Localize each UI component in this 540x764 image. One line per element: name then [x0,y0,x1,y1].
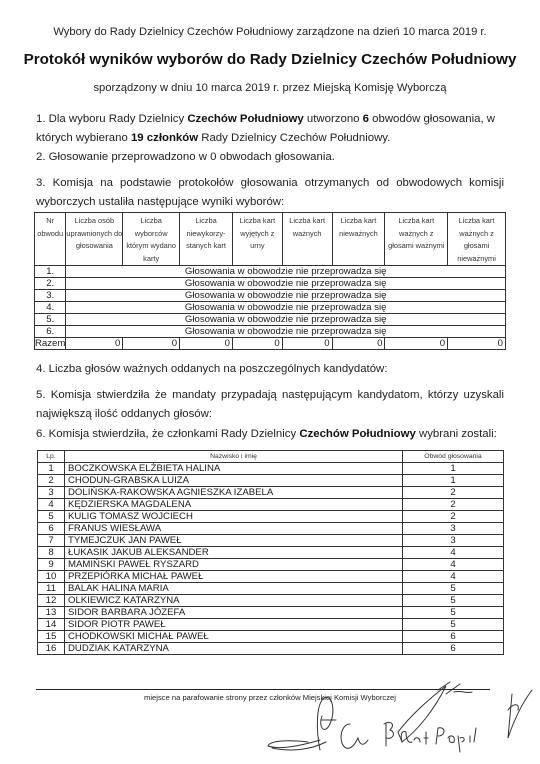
member-district: 5 [403,595,504,607]
member-row: 1BOCZKOWSKA ELŻBIETA HALINA1 [38,463,504,475]
member-district: 3 [403,523,504,535]
member-row: 13SIDOR BARBARA JÓZEFA5 [38,607,504,619]
member-row: 16DUDZIAK KATARZYNA6 [38,643,504,655]
member-district: 2 [403,499,504,511]
member-name: KĘDZIERSKA MAGDALENA [65,499,403,511]
member-district: 4 [403,559,504,571]
member-district: 3 [403,535,504,547]
no-voting-message: Głosowania w obowodzie nie przeprowadza … [66,302,506,314]
member-row: 4KĘDZIERSKA MAGDALENA2 [38,499,504,511]
member-number: 2 [38,475,65,487]
member-number: 10 [38,571,65,583]
member-number: 15 [38,631,65,643]
no-voting-message: Głosowania w obowodzie nie przeprowadza … [66,326,506,338]
section-5: 5. Komisja stwierdziła że mandaty przypa… [36,386,504,424]
member-row: 3DOLIŃSKA-RAKOWSKA AGNIESZKA IZABELA2 [38,487,504,499]
member-district: 6 [403,631,504,643]
total-value: 0 [332,338,385,350]
district-number: 4. [35,302,66,314]
member-number: 5 [38,511,65,523]
handwritten-signatures-icon [250,680,540,764]
member-district: 2 [403,487,504,499]
member-district: 5 [403,607,504,619]
member-number: 13 [38,607,65,619]
results-row: 1.Głosowania w obowodzie nie przeprowadz… [35,266,506,278]
results-row: 5.Głosowania w obowodzie nie przeprowadz… [35,314,506,326]
members-column-header: Nazwisko i imię [65,451,403,463]
member-name: FRANUS WIESŁAWA [65,523,403,535]
results-column-header: Liczba kart nieważnych [332,213,385,266]
results-column-header: Liczba osób uprawnionych do głosowania [66,213,123,266]
no-voting-message: Głosowania w obowodzie nie przeprowadza … [66,266,506,278]
election-header: Wybory do Rady Dzielnicy Czechów Południ… [0,26,540,38]
section-3: 3. Komisja na podstawie protokołów głoso… [36,174,504,212]
member-district: 5 [403,619,504,631]
member-name: DOLIŃSKA-RAKOWSKA AGNIESZKA IZABELA [65,487,403,499]
results-column-header: Nr obwodu [35,213,66,266]
member-name: CHODUN-GRABSKA LUIZA [65,475,403,487]
page-title: Protokół wyników wyborów do Rady Dzielni… [0,51,540,68]
total-value: 0 [123,338,180,350]
member-name: BALAK HALINA MARIA [65,583,403,595]
member-district: 6 [403,643,504,655]
total-label: Razem [35,338,66,350]
page-subtitle: sporządzony w dniu 10 marca 2019 r. prze… [0,82,540,94]
results-column-header: Liczba kart ważnych z głosami nieważnymi [448,213,506,266]
member-row: 10PRZEPIÓRKA MICHAŁ PAWEŁ4 [38,571,504,583]
section-6: 6. Komisja stwierdziła, że członkami Rad… [36,425,504,444]
members-table: Lp.Nazwisko i imięObwód głosowania 1BOCZ… [37,450,504,655]
member-name: MAMIŃSKI PAWEŁ RYSZARD [65,559,403,571]
total-value: 0 [448,338,506,350]
member-name: OLKIEWICZ KATARZYNA [65,595,403,607]
member-name: BOCZKOWSKA ELŻBIETA HALINA [65,463,403,475]
district-number: 6. [35,326,66,338]
members-column-header: Lp. [38,451,65,463]
member-number: 12 [38,595,65,607]
district-number: 3. [35,290,66,302]
district-number: 1. [35,266,66,278]
section-1: 1. Dla wyboru Rady Dzielnicy Czechów Poł… [36,110,504,148]
member-name: PRZEPIÓRKA MICHAŁ PAWEŁ [65,571,403,583]
member-district: 2 [403,511,504,523]
member-number: 8 [38,547,65,559]
no-voting-message: Głosowania w obowodzie nie przeprowadza … [66,314,506,326]
member-name: TYMEJCZUK JAN PAWEŁ [65,535,403,547]
total-value: 0 [282,338,332,350]
members-column-header: Obwód głosowania [403,451,504,463]
total-value: 0 [232,338,282,350]
member-district: 1 [403,463,504,475]
no-voting-message: Głosowania w obowodzie nie przeprowadza … [66,278,506,290]
member-district: 1 [403,475,504,487]
district-number: 5. [35,314,66,326]
member-district: 4 [403,547,504,559]
results-column-header: Liczba wyborców którym wydano karty [123,213,180,266]
member-number: 4 [38,499,65,511]
member-number: 14 [38,619,65,631]
district-number: 2. [35,278,66,290]
results-total-row: Razem00000000 [35,338,506,350]
no-voting-message: Głosowania w obowodzie nie przeprowadza … [66,290,506,302]
member-number: 16 [38,643,65,655]
member-name: CHODKOWSKI MICHAŁ PAWEŁ [65,631,403,643]
protocol-page: Wybory do Rady Dzielnicy Czechów Południ… [0,0,540,764]
members-table-header: Lp.Nazwisko i imięObwód głosowania [38,451,504,463]
member-district: 4 [403,571,504,583]
total-value: 0 [180,338,233,350]
results-row: 2.Głosowania w obowodzie nie przeprowadz… [35,278,506,290]
member-row: 5KULIG TOMASZ WOJCIECH2 [38,511,504,523]
member-name: ŁUKASIK JAKUB ALEKSANDER [65,547,403,559]
member-number: 7 [38,535,65,547]
results-column-header: Liczba kart wyjętych z urny [232,213,282,266]
member-row: 6FRANUS WIESŁAWA3 [38,523,504,535]
results-row: 4.Głosowania w obowodzie nie przeprowadz… [35,302,506,314]
total-value: 0 [385,338,448,350]
section-2: 2. Głosowanie przeprowadzono w 0 obwodac… [36,148,504,167]
results-column-header: Liczba kart ważnych z głosami ważnymi [385,213,448,266]
results-column-header: Liczba kart ważnych [282,213,332,266]
member-row: 2CHODUN-GRABSKA LUIZA1 [38,475,504,487]
member-row: 12OLKIEWICZ KATARZYNA5 [38,595,504,607]
results-row: 3.Głosowania w obowodzie nie przeprowadz… [35,290,506,302]
results-table-header: Nr obwoduLiczba osób uprawnionych do gło… [35,213,506,266]
member-row: 14SIDOR PIOTR PAWEŁ5 [38,619,504,631]
member-row: 15CHODKOWSKI MICHAŁ PAWEŁ6 [38,631,504,643]
results-table: Nr obwoduLiczba osób uprawnionych do gło… [34,212,506,350]
member-number: 1 [38,463,65,475]
section-4: 4. Liczba głosów ważnych oddanych na pos… [36,360,504,379]
total-value: 0 [66,338,123,350]
member-row: 8ŁUKASIK JAKUB ALEKSANDER4 [38,547,504,559]
member-number: 11 [38,583,65,595]
results-column-header: Liczba niewykorzy-stanych kart [180,213,233,266]
member-district: 5 [403,583,504,595]
member-name: DUDZIAK KATARZYNA [65,643,403,655]
member-row: 9MAMIŃSKI PAWEŁ RYSZARD4 [38,559,504,571]
member-number: 3 [38,487,65,499]
member-row: 11BALAK HALINA MARIA5 [38,583,504,595]
results-row: 6.Głosowania w obowodzie nie przeprowadz… [35,326,506,338]
member-name: SIDOR PIOTR PAWEŁ [65,619,403,631]
member-name: SIDOR BARBARA JÓZEFA [65,607,403,619]
member-row: 7TYMEJCZUK JAN PAWEŁ3 [38,535,504,547]
member-number: 6 [38,523,65,535]
member-number: 9 [38,559,65,571]
member-name: KULIG TOMASZ WOJCIECH [65,511,403,523]
